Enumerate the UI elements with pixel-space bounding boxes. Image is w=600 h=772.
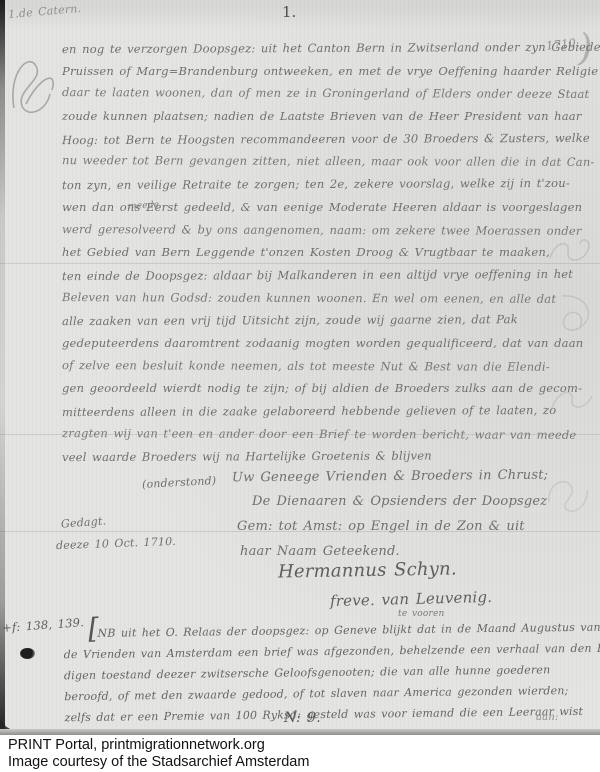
handwritten-line: Beleven van hun Godsd: zouden kunnen woo… bbox=[62, 286, 584, 311]
handwritten-line: Hoog: tot Bern te Hoogsten recommandeere… bbox=[62, 127, 584, 152]
caption-bar: PRINT Portal, printmigrationnetwork.org … bbox=[0, 735, 600, 772]
interlinear-insertion: meede bbox=[128, 200, 160, 212]
nb-postscript: NB uit het O. Relaas der doopsgez: op Ge… bbox=[63, 617, 592, 728]
handwritten-line: het Gebied van Bern Leggende t'onzen Kos… bbox=[62, 241, 584, 264]
handwritten-line: gen geoordeeld wierdt nodig te zijn; of … bbox=[62, 377, 584, 400]
handwritten-line: of zelve een besluit konde neemen, als t… bbox=[62, 354, 584, 379]
handwritten-line: mitteerdens alleen in die zaake gelabore… bbox=[62, 399, 584, 424]
handwritten-line: zragten wij van t'een en ander door een … bbox=[62, 422, 584, 447]
page-number: 1. bbox=[282, 3, 296, 21]
signature-place: Gem: tot Amst: op Engel in de Zon & uit bbox=[237, 519, 525, 534]
handwritten-line: ten einde de Doopsgez: aldaar bij Malkan… bbox=[62, 263, 584, 288]
signature-name-schyn: Hermannus Schyn. bbox=[278, 558, 457, 582]
scan-left-edge bbox=[0, 0, 5, 735]
handwritten-line: daar te laaten woonen, dan of men ze in … bbox=[62, 81, 584, 106]
ink-blot bbox=[20, 648, 35, 659]
handwritten-line: alle zaaken van een vrij tijd Uitsicht z… bbox=[62, 308, 584, 333]
handwritten-line: ton zyn, en veilige Retraite te zorgen; … bbox=[62, 172, 584, 197]
caption-source: PRINT Portal, printmigrationnetwork.org bbox=[8, 737, 265, 754]
letter-body: en nog te verzorgen Doopsgez: uit het Ca… bbox=[62, 37, 584, 468]
signature-role: De Dienaaren & Opsienders der Doopsgez bbox=[252, 494, 547, 509]
handwritten-line: nu weeder tot Bern gevangen zitten, niet… bbox=[62, 150, 584, 175]
catchword: aan: bbox=[536, 712, 559, 723]
curl-icon bbox=[545, 470, 595, 514]
caption-courtesy: Image courtesy of the Stadsarchief Amste… bbox=[8, 754, 309, 771]
signature-salutation: Uw Geneege Vrienden & Broeders in Chrust… bbox=[232, 468, 548, 486]
handwritten-line: en nog te verzorgen Doopsgez: uit het Ca… bbox=[62, 36, 584, 61]
handwritten-line: zoude kunnen plaatsen; nadien de Laatste… bbox=[62, 105, 584, 128]
handwritten-line: Pruissen of Marg=Brandenburg ontweeken, … bbox=[62, 60, 584, 83]
signature-place2: haar Naam Geteekend. bbox=[240, 544, 400, 559]
document-number: N: 9. bbox=[284, 710, 321, 726]
handwritten-line: werd geresolveerd & by ons aangenomen, n… bbox=[62, 218, 584, 243]
handwritten-line: gedeputeerdens daaromtrent zodaanig mogt… bbox=[62, 332, 584, 355]
manuscript-scan-page: 1.de Catern. 1. 1710. ) en nog te verzor… bbox=[0, 0, 600, 772]
curl-icon bbox=[548, 232, 598, 272]
curl-icon bbox=[552, 292, 598, 352]
curl-icon bbox=[548, 380, 598, 420]
interlinear-insertion: te vooren bbox=[398, 609, 445, 619]
handwritten-line: veel waarde Broeders wij na Hartelijke G… bbox=[62, 444, 584, 469]
